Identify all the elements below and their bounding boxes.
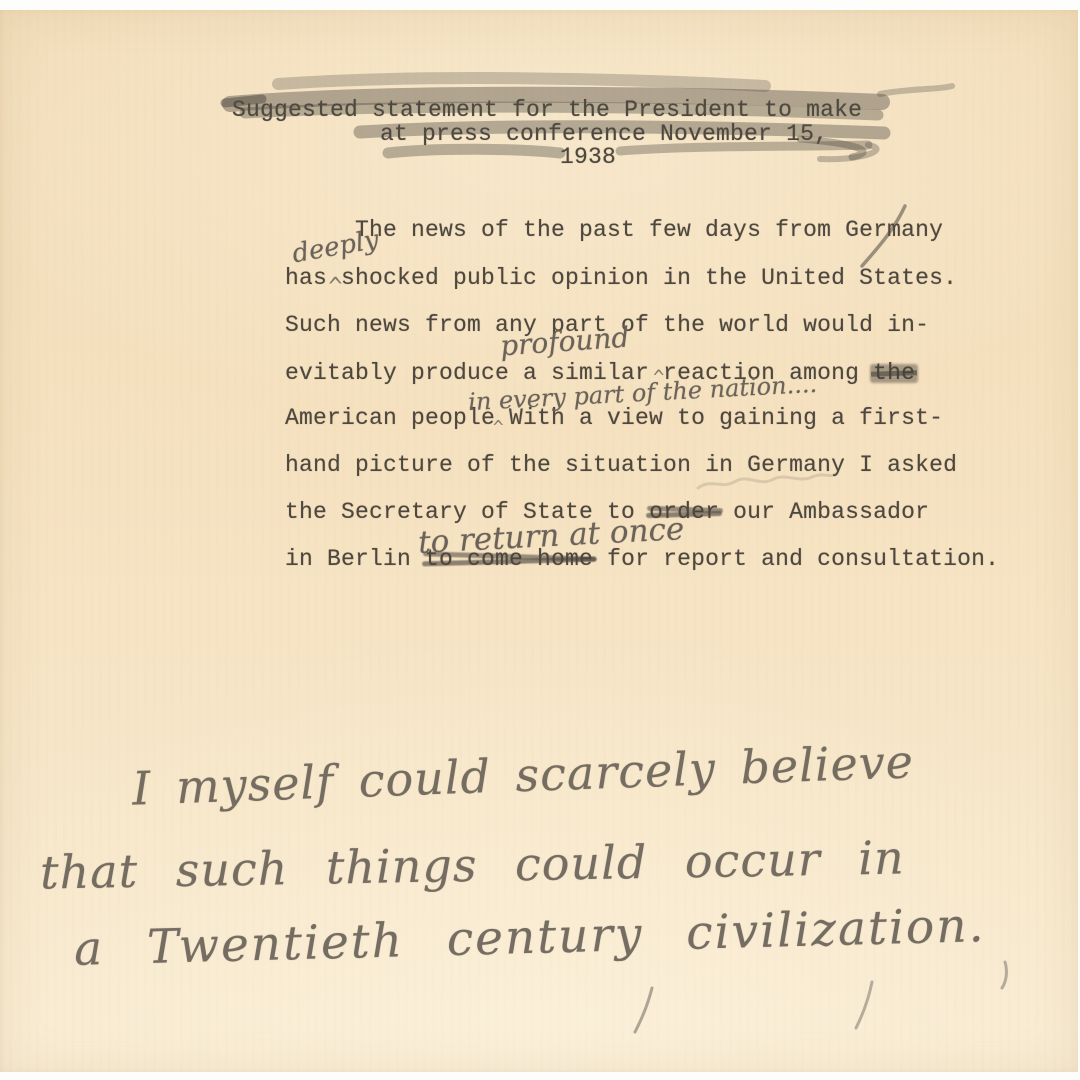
pencil-insert-deeply: deeply: [290, 225, 381, 270]
handwritten-note-line-2: that such things could occur in: [40, 830, 905, 899]
body-line-7-post: our Ambassador: [719, 499, 929, 525]
document-page: Suggested statement for the President to…: [0, 10, 1078, 1072]
body-line-8-pre: in Berlin: [285, 546, 425, 572]
note-period-flourish: [1002, 962, 1006, 988]
body-line-8-post: for report and consultation.: [593, 546, 999, 572]
note-descender-stroke-1: [635, 988, 652, 1032]
body-line-5: American people With a view to gaining a…: [285, 406, 943, 431]
heading-line-1: Suggested statement for the President to…: [232, 98, 862, 123]
heading-strike-tail-right: [880, 86, 952, 94]
heading-strike-3-left: [388, 149, 560, 153]
handwritten-note-line-3: a Twentieth century civilization.: [73, 898, 986, 977]
heading-strike-3-curl: [820, 145, 877, 159]
heading-smudge-top: [278, 78, 765, 86]
body-line-8: in Berlin to come home for report and co…: [285, 547, 999, 572]
body-line-2: has shocked public opinion in the United…: [285, 266, 957, 291]
note-descender-stroke-2: [856, 982, 872, 1028]
insertion-caret-1: ^: [327, 271, 344, 301]
body-line-1: The news of the past few days from Germa…: [355, 218, 943, 243]
body-line-6: hand picture of the situation in Germany…: [285, 453, 957, 478]
heading-line-3: 1938: [560, 145, 616, 170]
scanned-document: Suggested statement for the President to…: [0, 0, 1080, 1080]
handwritten-note-line-1: I myself could scarcely believe: [131, 734, 914, 815]
struck-word-the: the: [873, 361, 915, 386]
insertion-caret-3: ^: [492, 416, 505, 439]
